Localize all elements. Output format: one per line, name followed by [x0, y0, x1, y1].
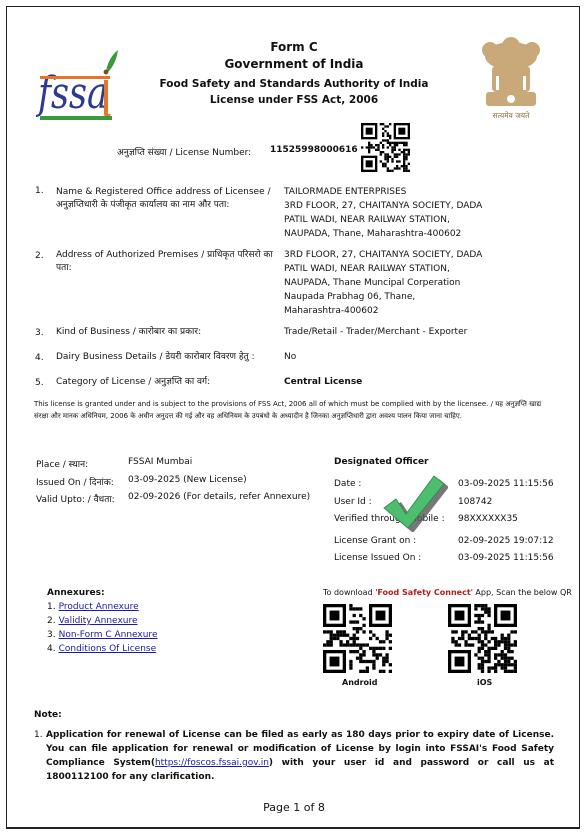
- officer-date: 03-09-2025 11:15:56: [458, 479, 554, 489]
- app-download-text: To download 'Food Safety Connect' App, S…: [323, 588, 572, 597]
- app-name: Food Safety Connect: [377, 588, 470, 597]
- row-value-line: Naupada Prabhag 06, Thane,: [284, 290, 514, 304]
- row-number: 5.: [35, 378, 44, 388]
- valid-upto-label: Valid Upto: / वैधता:: [36, 492, 115, 505]
- row-value: Central License: [284, 375, 514, 389]
- form-title: Form C: [0, 40, 588, 54]
- row-number: 3.: [35, 328, 44, 338]
- annexure-link[interactable]: Non-Form C Annexure: [59, 630, 158, 640]
- ios-label: iOS: [477, 678, 492, 687]
- license-number: 11525998000616: [270, 145, 358, 155]
- verified-mobile: 98XXXXXX35: [458, 514, 518, 524]
- row-label: Kind of Business / कारोबार का प्रकार:: [56, 326, 276, 339]
- row-value-line: TAILORMADE ENTERPRISES: [284, 185, 514, 199]
- act-title: License under FSS Act, 2006: [0, 94, 588, 106]
- license-issued: 03-09-2025 11:15:56: [458, 553, 554, 563]
- annexures-title: Annexures:: [47, 588, 105, 598]
- annexure-item: 3.Non-Form C Annexure: [47, 630, 157, 640]
- license-number-label: अनुज्ञप्ति संख्या / License Number:: [117, 145, 251, 158]
- row-value-line: No: [284, 350, 514, 364]
- annexure-link[interactable]: Conditions Of License: [59, 644, 157, 654]
- annexure-link[interactable]: Validity Annexure: [59, 616, 138, 626]
- foscos-link[interactable]: https://foscos.fssai.gov.in: [155, 758, 269, 768]
- officer-date-label: Date :: [334, 479, 361, 489]
- note-number: 1.: [34, 728, 43, 742]
- row-label: Category of License / अनुज्ञप्ति का वर्ग…: [56, 376, 276, 389]
- row-value-line: 3RD FLOOR, 27, CHAITANYA SOCIETY, DADA: [284, 248, 514, 262]
- issued-on-label: Issued On / दिनांक:: [36, 475, 114, 488]
- issued-on-value: 03-09-2025 (New License): [128, 475, 247, 485]
- annexure-number: 1.: [47, 602, 56, 612]
- row-value-line: PATIL WADI, NEAR RAILWAY STATION,: [284, 213, 514, 227]
- annexure-number: 4.: [47, 644, 56, 654]
- row-value-line: NAUPADA, Thane Muncipal Corperation: [284, 276, 514, 290]
- verified-checkmark-icon: [378, 472, 448, 532]
- row-number: 4.: [35, 353, 44, 363]
- row-value-line: PATIL WADI, NEAR RAILWAY STATION,: [284, 262, 514, 276]
- svg-text:सत्यमेव जयते: सत्यमेव जयते: [493, 111, 531, 120]
- license-issued-label: License Issued On :: [334, 553, 421, 563]
- row-value: 3RD FLOOR, 27, CHAITANYA SOCIETY, DADAPA…: [284, 248, 514, 318]
- row-label: Address of Authorized Premises / प्राधिक…: [56, 249, 276, 275]
- license-grant: 02-09-2025 19:07:12: [458, 536, 554, 546]
- row-value-line: Maharashtra-400602: [284, 304, 514, 318]
- user-id: 108742: [458, 497, 492, 507]
- note-item: 1. Application for renewal of License ca…: [34, 728, 554, 784]
- row-label: Name & Registered Office address of Lice…: [56, 186, 276, 212]
- annexure-item: 4.Conditions Of License: [47, 644, 156, 654]
- app-text-suffix: ' App, Scan the below QR: [471, 588, 572, 597]
- row-label: Dairy Business Details / डेयरी कारोबार व…: [56, 351, 276, 364]
- row-value-line: NAUPADA, Thane, Maharashtra-400602: [284, 227, 514, 241]
- authority-title: Food Safety and Standards Authority of I…: [0, 78, 588, 90]
- app-text-prefix: To download ': [323, 588, 377, 597]
- annexure-number: 3.: [47, 630, 56, 640]
- row-value: No: [284, 350, 514, 364]
- note-title: Note:: [34, 710, 62, 720]
- android-label: Android: [342, 678, 378, 687]
- designated-officer-title: Designated Officer: [334, 457, 429, 467]
- android-qr-code[interactable]: [323, 604, 392, 673]
- government-title: Government of India: [0, 57, 588, 71]
- valid-upto-value: 02-09-2026 (For details, refer Annexure): [128, 492, 310, 502]
- license-grant-label: License Grant on :: [334, 536, 416, 546]
- license-qr-code: [361, 123, 410, 172]
- page-number: Page 1 of 8: [0, 801, 588, 814]
- row-number: 1.: [35, 186, 44, 196]
- row-value-line: Trade/Retail - Trader/Merchant - Exporte…: [284, 325, 514, 339]
- license-disclaimer: This license is granted under and is sub…: [34, 399, 554, 422]
- place-value: FSSAI Mumbai: [128, 457, 192, 467]
- row-value: TAILORMADE ENTERPRISES3RD FLOOR, 27, CHA…: [284, 185, 514, 241]
- annexure-number: 2.: [47, 616, 56, 626]
- annexure-link[interactable]: Product Annexure: [59, 602, 139, 612]
- place-label: Place / स्थान:: [36, 457, 88, 470]
- ios-qr-code[interactable]: [448, 604, 517, 673]
- row-value-line: Central License: [284, 375, 514, 389]
- user-id-label: User Id :: [334, 497, 372, 507]
- annexure-item: 1.Product Annexure: [47, 602, 139, 612]
- row-value: Trade/Retail - Trader/Merchant - Exporte…: [284, 325, 514, 339]
- row-value-line: 3RD FLOOR, 27, CHAITANYA SOCIETY, DADA: [284, 199, 514, 213]
- row-number: 2.: [35, 251, 44, 261]
- annexure-item: 2.Validity Annexure: [47, 616, 138, 626]
